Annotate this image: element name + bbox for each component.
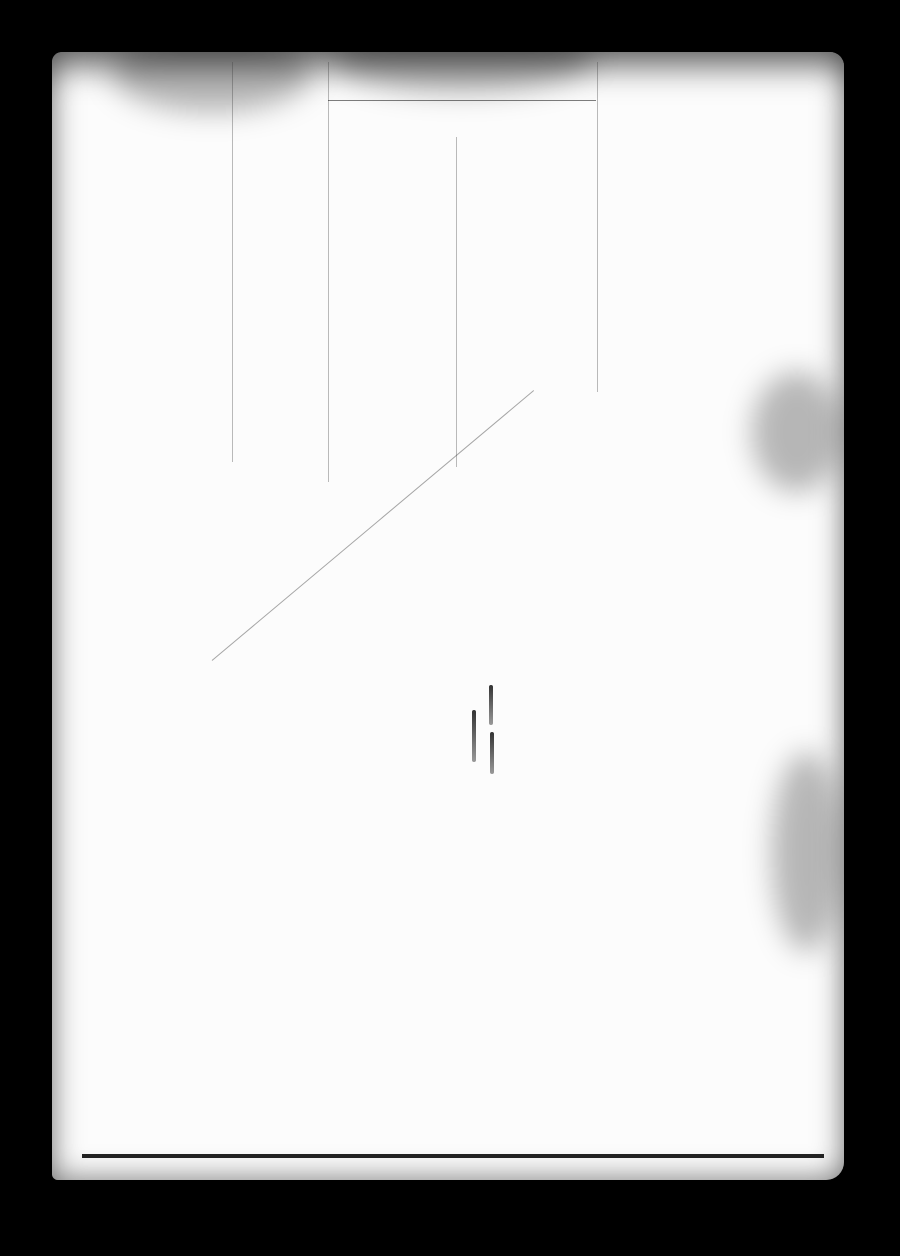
ink-blot (489, 685, 493, 725)
ink-blot (490, 732, 494, 774)
column-rule (328, 62, 329, 482)
column-rule (597, 62, 598, 392)
stain (332, 52, 592, 92)
stain (752, 372, 842, 492)
stain (112, 52, 312, 112)
stain (772, 752, 842, 952)
ledger-page (52, 52, 844, 1180)
ink-blot (472, 710, 476, 762)
column-rule (232, 62, 233, 462)
header-rule (328, 100, 596, 101)
strike-diagonal (212, 390, 534, 661)
column-rule (456, 137, 457, 467)
page-edge (82, 1154, 824, 1158)
